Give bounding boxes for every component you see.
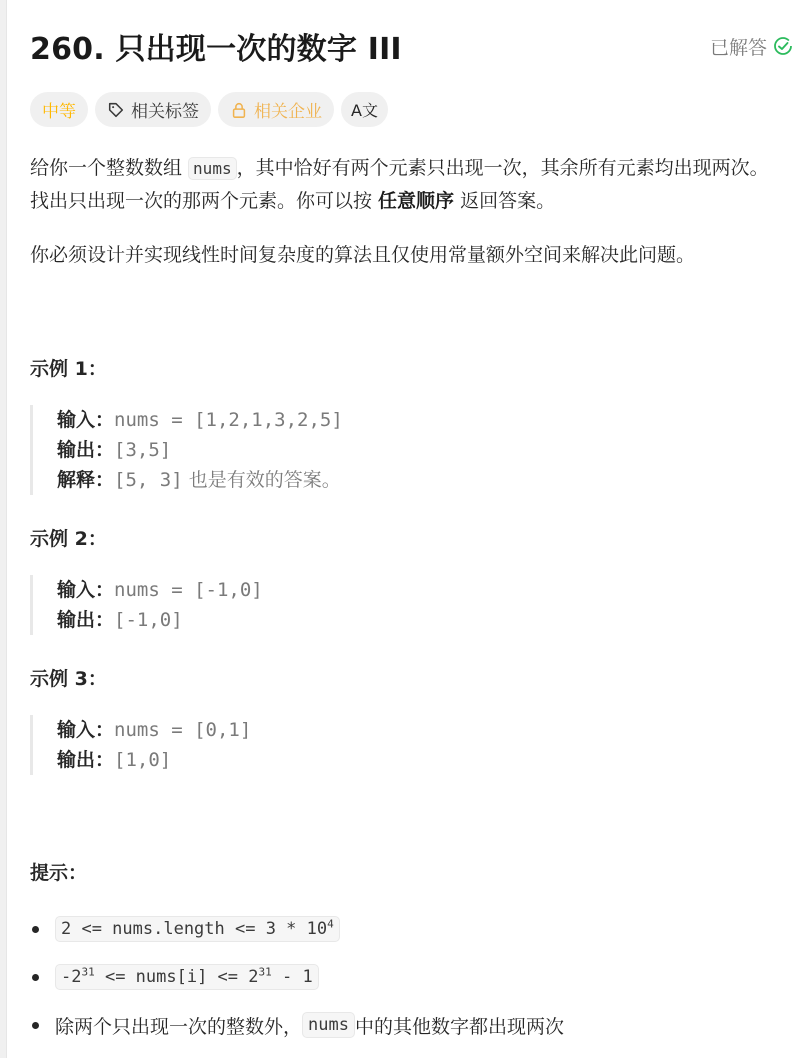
text: -2 [61,967,81,987]
bullet [32,974,39,981]
superscript: 4 [327,917,334,930]
text: 2 <= nums.length <= 3 * 10 [61,919,327,939]
text: 返回答案。 [454,190,555,212]
text: - 1 [272,967,313,987]
superscript: 31 [81,965,94,978]
tag-icon [107,101,125,119]
translate-icon: A文 [351,98,378,121]
problem-title[interactable]: 260. 只出现一次的数字 III [30,24,402,68]
bullet [32,926,39,933]
explain-code: [5, 3] [114,469,183,491]
bullet [32,1022,39,1029]
example-2-block: 输入：nums = [-1,0] 输出：[-1,0] [30,575,263,635]
text: <= nums[i] <= 2 [95,967,259,987]
translate-button[interactable]: A文 [341,92,388,127]
difficulty-label: 中等 [42,97,76,122]
output-value: [-1,0] [114,609,183,631]
solved-label: 已解答 [710,33,767,60]
tag-bar: 中等 相关标签 相关企业 A文 [30,92,388,127]
constraint-code: 2 <= nums.length <= 3 * 104 [55,916,340,942]
input-value: nums = [1,2,1,3,2,5] [114,409,343,431]
input-value: nums = [0,1] [114,719,251,741]
description-paragraph-1: 给你一个整数数组 nums，其中恰好有两个元素只出现一次，其余所有元素均出现两次… [30,152,790,217]
output-label: 输出： [57,439,114,461]
example-3-block: 输入：nums = [0,1] 输出：[1,0] [30,715,251,775]
inline-code: nums [188,157,237,180]
lock-icon [230,101,248,119]
input-value: nums = [-1,0] [114,579,263,601]
explain-text: 也是有效的答案。 [183,469,341,491]
companies-label: 相关企业 [254,97,322,122]
topics-label: 相关标签 [131,97,199,122]
text: 给你一个整数数组 [30,157,188,179]
input-label: 输入： [57,409,114,431]
text: 中的其他数字都出现两次 [355,1012,564,1039]
description-paragraph-2: 你必须设计并实现线性时间复杂度的算法且仅使用常量额外空间来解决此问题。 [30,239,790,271]
topics-button[interactable]: 相关标签 [95,92,211,127]
example-2-heading: 示例 2： [30,524,107,551]
example-1-heading: 示例 1： [30,354,107,381]
superscript: 31 [259,965,272,978]
emphasis: 任意顺序 [378,190,454,212]
constraints-list: 2 <= nums.length <= 3 * 104 -231 <= nums… [30,905,564,1049]
constraints-heading: 提示： [30,858,87,885]
companies-button[interactable]: 相关企业 [218,92,334,127]
output-value: [3,5] [114,439,171,461]
constraint-item: 2 <= nums.length <= 3 * 104 [30,905,564,953]
constraint-item: -231 <= nums[i] <= 231 - 1 [30,953,564,1001]
output-label: 输出： [57,749,114,771]
constraint-item: 除两个只出现一次的整数外，nums 中的其他数字都出现两次 [30,1001,564,1049]
example-1-block: 输入：nums = [1,2,1,3,2,5] 输出：[3,5] 解释：[5, … [30,405,343,495]
difficulty-badge: 中等 [30,92,88,127]
title-row: 260. 只出现一次的数字 III 已解答 [30,26,793,66]
input-label: 输入： [57,579,114,601]
input-label: 输入： [57,719,114,741]
inline-code: nums [302,1012,355,1038]
output-label: 输出： [57,609,114,631]
constraint-code: -231 <= nums[i] <= 231 - 1 [55,964,319,990]
explain-label: 解释： [57,469,114,491]
check-circle-icon [773,36,793,56]
output-value: [1,0] [114,749,171,771]
text: 除两个只出现一次的整数外， [55,1012,302,1039]
solved-status: 已解答 [710,33,793,60]
left-panel-edge [0,0,7,1058]
example-3-heading: 示例 3： [30,664,107,691]
